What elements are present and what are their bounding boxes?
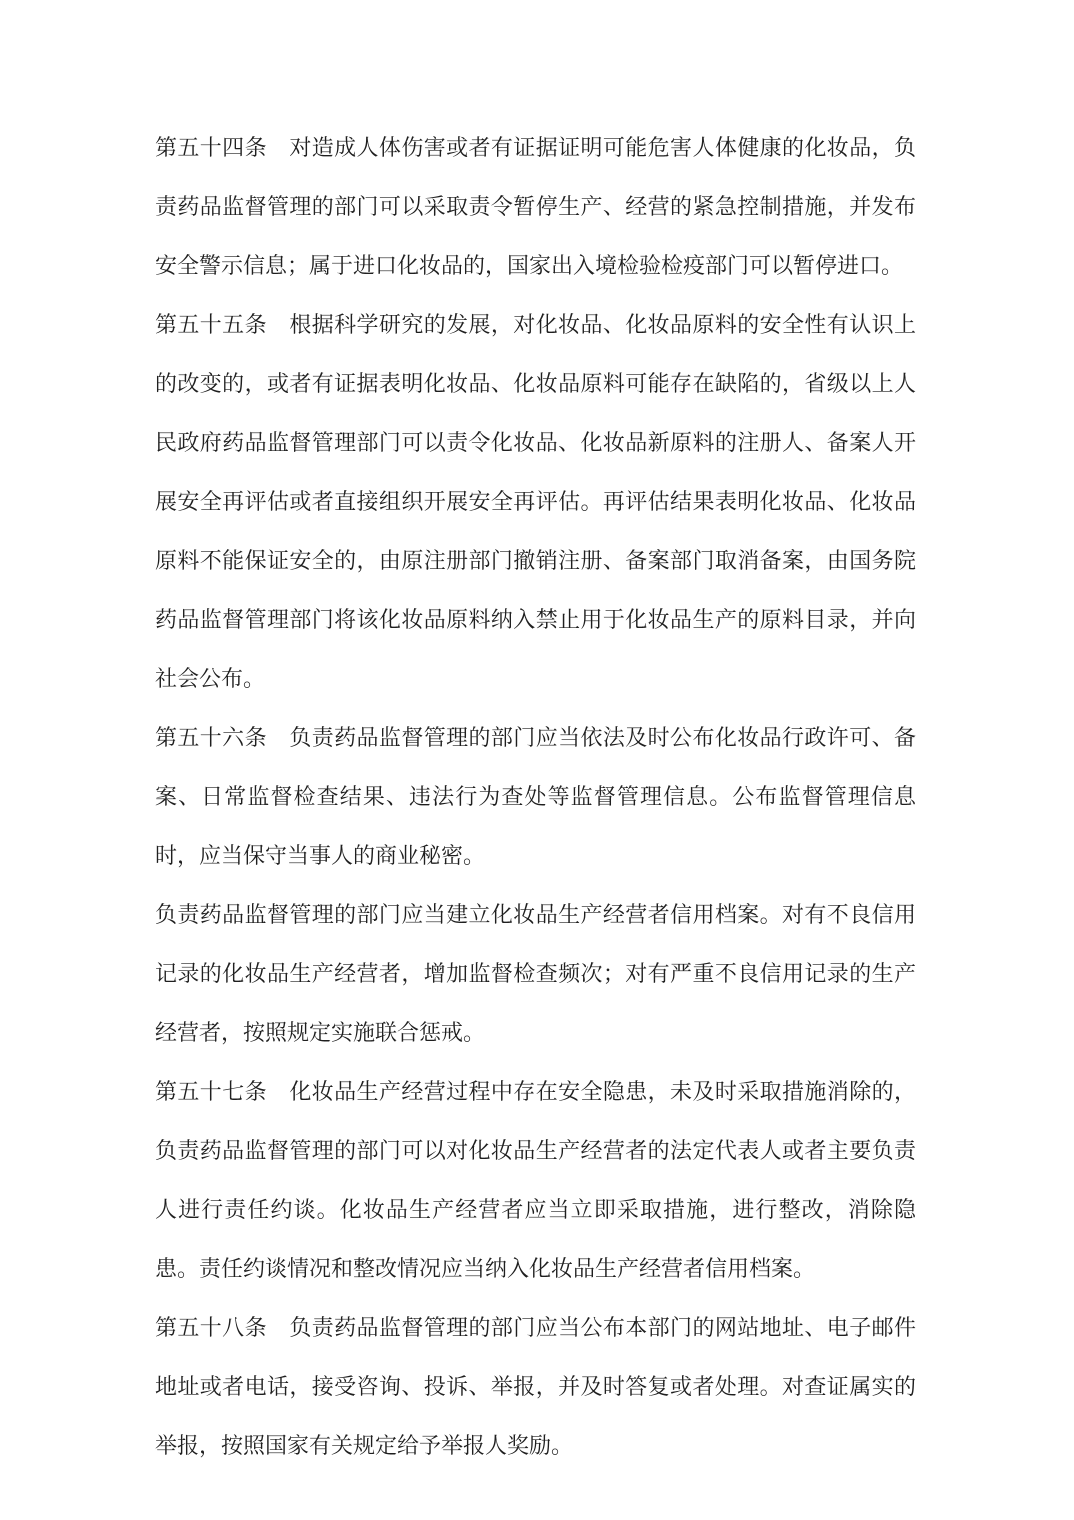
- paragraph-article-54: 第五十四条 对造成人体伤害或者有证据证明可能危害人体健康的化妆品，负责药品监督管…: [155, 118, 916, 295]
- paragraph-article-57: 第五十七条 化妆品生产经营过程中存在安全隐患，未及时采取措施消除的，负责药品监督…: [155, 1062, 916, 1298]
- paragraph-article-56: 第五十六条 负责药品监督管理的部门应当依法及时公布化妆品行政许可、备案、日常监督…: [155, 708, 916, 885]
- document-body: 第五十四条 对造成人体伤害或者有证据证明可能危害人体健康的化妆品，负责药品监督管…: [155, 118, 916, 1475]
- paragraph-article-56-para-2: 负责药品监督管理的部门应当建立化妆品生产经营者信用档案。对有不良信用记录的化妆品…: [155, 885, 916, 1062]
- document-page: 第五十四条 对造成人体伤害或者有证据证明可能危害人体健康的化妆品，负责药品监督管…: [0, 0, 1074, 1520]
- paragraph-article-55: 第五十五条 根据科学研究的发展，对化妆品、化妆品原料的安全性有认识上的改变的，或…: [155, 295, 916, 708]
- paragraph-article-58: 第五十八条 负责药品监督管理的部门应当公布本部门的网站地址、电子邮件地址或者电话…: [155, 1298, 916, 1475]
